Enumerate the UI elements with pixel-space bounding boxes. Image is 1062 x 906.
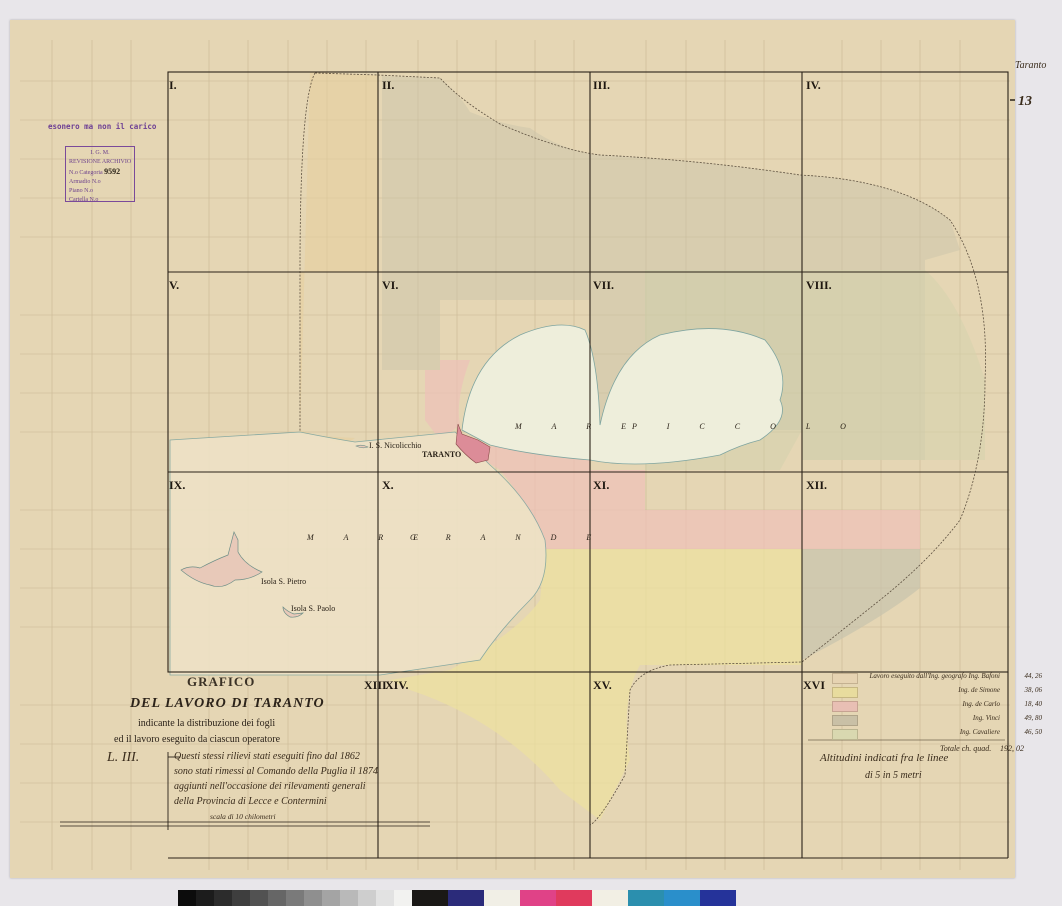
archive-stamp: I. G. M. REVISIONE ARCHIVIO N.o Categori… [65, 146, 135, 202]
color-calibration-bar [178, 890, 736, 906]
altitude-note-2: di 5 in 5 metri [865, 770, 922, 781]
scale-bar [60, 822, 430, 826]
note-line-3: aggiunti nell'occasione dei rilevamenti … [174, 781, 366, 792]
label-mare-piccolo-1: M A R E [515, 422, 640, 431]
label-nicolicchio: I. S. Nicolicchio [369, 441, 421, 450]
map-canvas [10, 20, 1015, 878]
sheet-label-xii: XII. [806, 478, 827, 493]
sheet-label-v: V. [169, 278, 179, 293]
legend-item: Ing. Cavaliere 46, 50 [832, 728, 1042, 740]
label-mare-piccolo-2: P I C C O L O [632, 422, 860, 431]
legend-swatch [832, 715, 858, 726]
map-title-main: DEL LAVORO DI TARANTO [130, 696, 325, 712]
sheet-label-vi: VI. [382, 278, 398, 293]
label-isola-s-pietro: Isola S. Pietro [261, 577, 306, 586]
sheet-number: 13 [1018, 94, 1032, 110]
legend-item: Ing. de Carlo 18, 40 [832, 700, 1042, 712]
sheet-label-vii: VII. [593, 278, 614, 293]
legend-item: Ing. de Simone 38, 06 [832, 686, 1042, 698]
mare-grande [170, 432, 546, 675]
sheet-label-xv: XV. [593, 678, 612, 693]
sheet-label-i: I. [169, 78, 177, 93]
legend-total-label: Totale ch. quad. [940, 744, 991, 753]
scale-text: scala di 10 chilometri [210, 812, 276, 821]
map-title-grafico: GRAFICO [187, 674, 255, 690]
register-mark: L. III. [107, 750, 139, 766]
legend-swatch [832, 673, 858, 684]
sheet-ref: Taranto [1015, 60, 1046, 71]
sheet-label-ix: IX. [169, 478, 185, 493]
sheet-label-xiii: XIII [364, 678, 387, 693]
note-line-1: Questi stessi rilievi stati eseguiti fin… [174, 751, 360, 762]
sheet-label-ii: II. [382, 78, 394, 93]
archive-stamp-line: esonero ma non il carico [48, 122, 156, 131]
map-title-subtitle-2: ed il lavoro eseguito da ciascun operato… [114, 734, 280, 745]
legend-swatch [832, 701, 858, 712]
label-taranto: TARANTO [422, 450, 461, 459]
legend-swatch [832, 687, 858, 698]
legend-item: Ing. Vinci 49, 80 [832, 714, 1042, 726]
sheet-label-viii: VIII. [806, 278, 832, 293]
sheet-label-xvi: XVI [803, 678, 825, 693]
sheet-label-xiv: XIV. [385, 678, 408, 693]
sheet-label-x: X. [382, 478, 394, 493]
map-sheet: I. II. III. IV. V. VI. VII. VIII. IX. X.… [10, 20, 1015, 878]
sheet-label-xi: XI. [593, 478, 609, 493]
altitude-note-1: Altitudini indicati fra le linee [820, 752, 948, 764]
legend-total-value: 192, 02 [1000, 744, 1024, 753]
label-mare-grande-2: G R A N D E [410, 533, 605, 542]
note-line-4: della Provincia di Lecce e Contermini [174, 796, 327, 807]
legend-item: Lavoro eseguito dall'Ing. geografo Ing. … [832, 672, 1042, 684]
label-isola-s-paolo: Isola S. Paolo [291, 604, 335, 613]
legend-swatch [832, 729, 858, 740]
map-title-subtitle-1: indicante la distribuzione dei fogli [138, 718, 275, 729]
sheet-label-iii: III. [593, 78, 610, 93]
note-line-2: sono stati rimessi al Comando della Pugl… [174, 766, 378, 777]
sheet-label-iv: IV. [806, 78, 821, 93]
